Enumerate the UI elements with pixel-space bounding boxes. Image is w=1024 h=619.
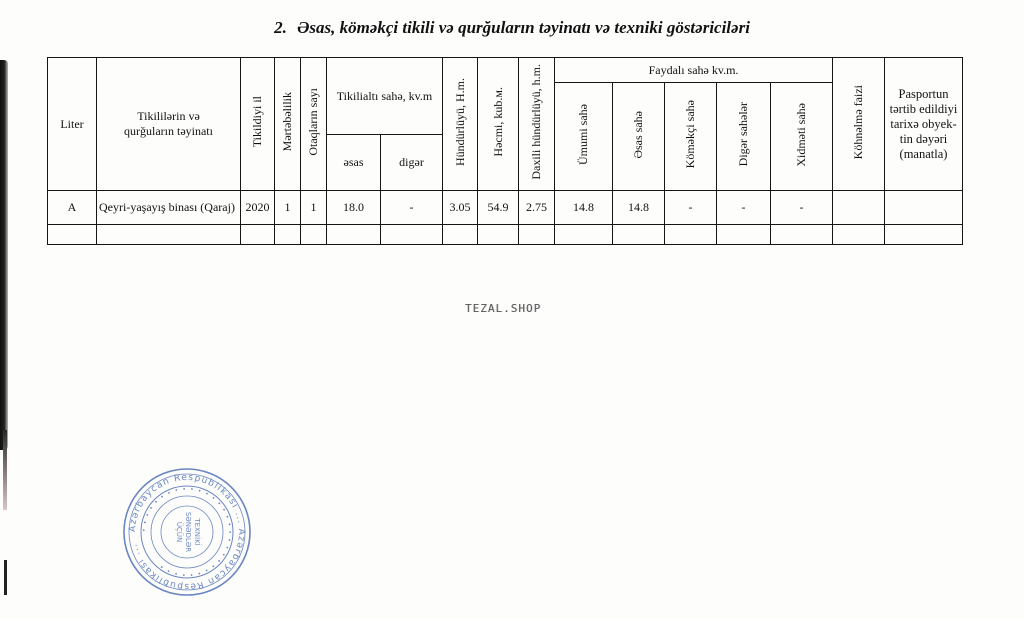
section-number: 2. [274, 18, 287, 37]
cell-auxiliary-area [665, 225, 717, 245]
header-purpose: Tikililərin və qurğuların təyinatı [97, 58, 241, 191]
header-floors: Mərtəbəlilik [275, 58, 301, 191]
header-year-built: Tikildiyi il [241, 58, 275, 191]
header-rooms: Otaqların sayı [301, 58, 327, 191]
cell-footprint-other [381, 225, 443, 245]
cell-footprint-main [327, 225, 381, 245]
section-title: 2. Əsas, köməkçi tikili və qurğuların tə… [0, 18, 1024, 38]
svg-text:ÜÇÜN: ÜÇÜN [175, 522, 184, 542]
header-passport-value: Pasportun tərtib edildiyi tarixə obyek-t… [885, 58, 963, 191]
header-footprint-area: Tikilialtı sahə, kv.m [327, 58, 443, 135]
cell-floors: 1 [275, 191, 301, 225]
cell-floors [275, 225, 301, 245]
cell-year-built: 2020 [241, 191, 275, 225]
cell-total-area [555, 225, 613, 245]
header-main-area: Əsas sahə [613, 83, 665, 191]
svg-text:SƏNƏDLƏR: SƏNƏDLƏR [184, 512, 192, 552]
table-row [48, 225, 963, 245]
header-height: Hündürlüyü, H.m. [443, 58, 478, 191]
cell-inner-height: 2.75 [519, 191, 555, 225]
official-stamp: Azərbaycan Respublikası ... Azərbaycan R… [121, 466, 253, 598]
header-useful-area: Faydalı sahə kv.m. [555, 58, 833, 83]
cell-rooms: 1 [301, 191, 327, 225]
cell-auxiliary-area: - [665, 191, 717, 225]
cell-purpose [97, 225, 241, 245]
cell-footprint-main: 18.0 [327, 191, 381, 225]
cell-height: 3.05 [443, 191, 478, 225]
header-footprint-other: digər [381, 135, 443, 191]
header-service-area: Xidməti sahə [771, 83, 833, 191]
cell-total-area: 14.8 [555, 191, 613, 225]
cell-liter [48, 225, 97, 245]
cell-volume [478, 225, 519, 245]
cell-year-built [241, 225, 275, 245]
cell-passport-value [885, 191, 963, 225]
cell-inner-height [519, 225, 555, 245]
header-auxiliary-area: Köməkçi sahə [665, 83, 717, 191]
cell-service-area: - [771, 191, 833, 225]
cell-rooms [301, 225, 327, 245]
scan-shadow [3, 430, 7, 510]
scan-shadow [0, 60, 8, 450]
cell-main-area: 14.8 [613, 191, 665, 225]
header-volume: Həcmi, kub.м. [478, 58, 519, 191]
header-depreciation: Köhnəlmə faizi [833, 58, 885, 191]
technical-indicators-table: Liter Tikililərin və qurğuların təyinatı… [47, 57, 963, 245]
cell-main-area [613, 225, 665, 245]
cell-height [443, 225, 478, 245]
cell-other-areas: - [717, 191, 771, 225]
header-total-area: Ümumi sahə [555, 83, 613, 191]
cell-service-area [771, 225, 833, 245]
scan-shadow [4, 560, 7, 595]
cell-depreciation [833, 191, 885, 225]
header-other-areas: Digər sahələr [717, 83, 771, 191]
cell-depreciation [833, 225, 885, 245]
cell-liter: A [48, 191, 97, 225]
header-footprint-main: əsas [327, 135, 381, 191]
cell-volume: 54.9 [478, 191, 519, 225]
header-liter: Liter [48, 58, 97, 191]
table-row: A Qeyri-yaşayış binası (Qaraj) 2020 1 1 … [48, 191, 963, 225]
cell-other-areas [717, 225, 771, 245]
svg-text:TEXNİKİ: TEXNİKİ [193, 517, 202, 545]
cell-purpose: Qeyri-yaşayış binası (Qaraj) [97, 191, 241, 225]
watermark: TEZAL.SHOP [465, 302, 541, 315]
header-inner-height: Daxili hündürlüyü, h.m. [519, 58, 555, 191]
cell-footprint-other: - [381, 191, 443, 225]
section-title-text: Əsas, köməkçi tikili və qurğuların təyin… [297, 18, 750, 37]
cell-passport-value [885, 225, 963, 245]
